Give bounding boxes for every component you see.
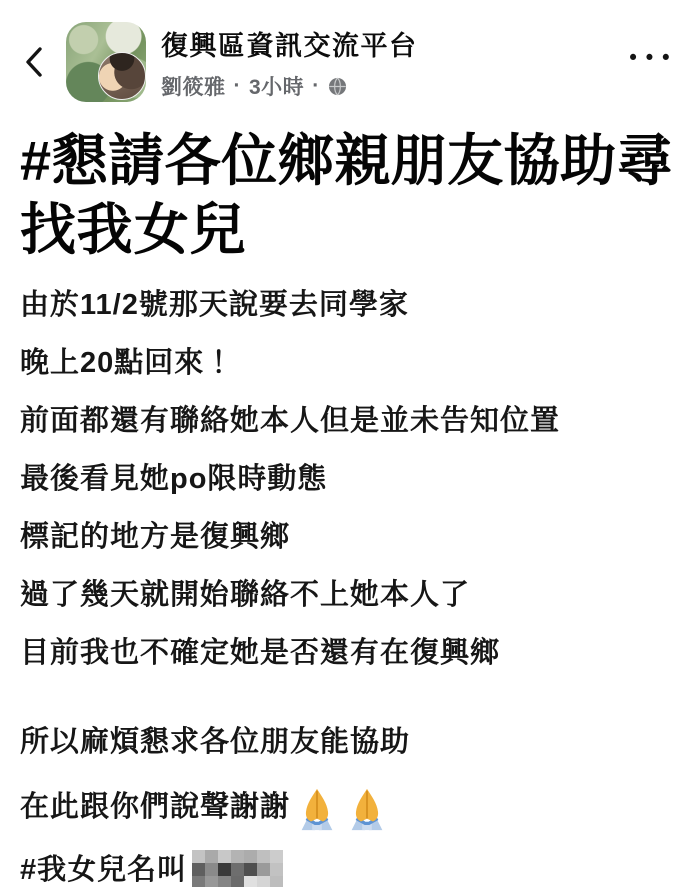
group-avatar[interactable] — [66, 22, 146, 102]
author-avatar[interactable] — [98, 52, 146, 100]
redacted-name — [192, 850, 283, 887]
header-text: 復興區資訊交流平台 劉筱雅 · 3小時 · — [161, 24, 621, 101]
more-options-button[interactable]: ••• — [621, 46, 682, 70]
post-paragraph: 目前我也不確定她是否還有在復興鄉 — [20, 639, 676, 668]
post-title: #懇請各位鄉親朋友協助尋找我女兒 — [20, 126, 676, 265]
dot-separator: · — [312, 74, 320, 98]
paragraph-spacer — [20, 697, 676, 728]
post-paragraph: 由於11/2號那天說要去同學家 — [20, 291, 676, 320]
globe-icon — [328, 77, 347, 96]
post-paragraph: 過了幾天就開始聯絡不上她本人了 — [20, 581, 676, 610]
back-button[interactable] — [10, 38, 58, 86]
byline: 劉筱雅 · 3小時 · — [161, 71, 621, 101]
post-paragraph: 晚上20點回來！ — [20, 349, 676, 378]
post-paragraph: 標記的地方是復興鄉 — [20, 523, 676, 552]
post-paragraph: 最後看見她po限時動態 — [20, 465, 676, 494]
author-name[interactable]: 劉筱雅 — [161, 71, 226, 101]
post-content: #懇請各位鄉親朋友協助尋找我女兒 由於11/2號那天說要去同學家 晚上20點回來… — [0, 126, 696, 887]
praying-hands-emoji — [294, 786, 340, 832]
thanks-text: 在此跟你們說聲謝謝 — [20, 793, 290, 822]
dot-separator: · — [234, 74, 242, 98]
post-header: 復興區資訊交流平台 劉筱雅 · 3小時 · ••• — [0, 0, 696, 104]
chevron-left-icon — [21, 45, 47, 79]
post-paragraph: 所以麻煩懇求各位朋友能協助 — [20, 728, 676, 757]
post-screen: 復興區資訊交流平台 劉筱雅 · 3小時 · ••• #懇請各位鄉親朋友協助尋找我… — [0, 0, 696, 887]
post-paragraph: 前面都還有聯絡她本人但是並未告知位置 — [20, 407, 676, 436]
thanks-paragraph: 在此跟你們說聲謝謝 — [20, 786, 676, 822]
group-name[interactable]: 復興區資訊交流平台 — [161, 24, 621, 63]
hashtag-text: #我女兒名叫 — [20, 856, 187, 885]
hashtag-paragraph: #我女兒名叫 — [20, 851, 676, 887]
timestamp[interactable]: 3小時 — [249, 71, 304, 101]
praying-hands-emoji — [344, 786, 390, 832]
